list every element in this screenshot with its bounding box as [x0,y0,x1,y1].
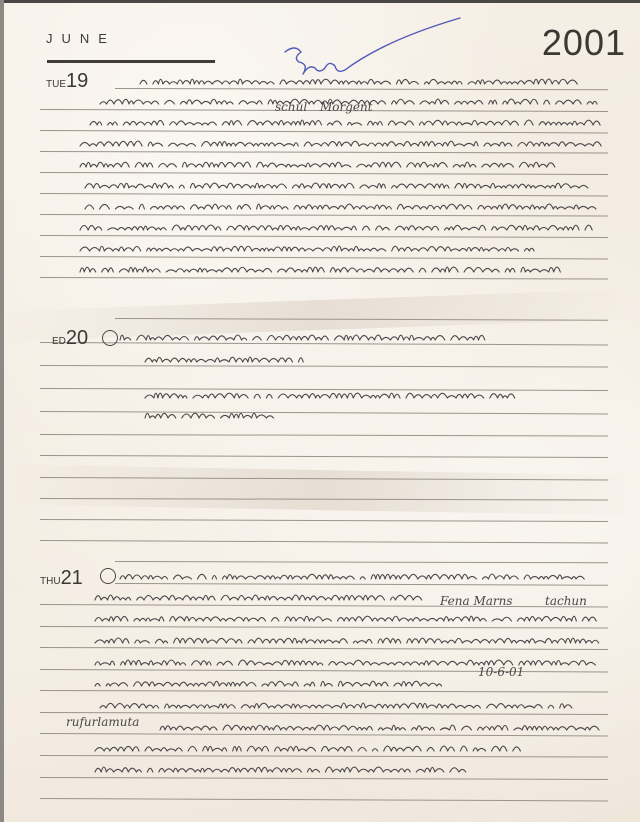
handwritten-line [80,225,598,230]
handwritten-line [80,267,560,272]
handwritten-line [95,595,422,600]
signature-icon [285,18,460,74]
handwritten-line [145,413,273,418]
handwritten-line [160,725,599,730]
handwritten-line [120,335,485,340]
handwritten-line [95,638,599,643]
handwritten-line [140,79,577,84]
handwritten-line [95,660,595,665]
handwritten-line [100,703,578,708]
handwritten-line [95,681,442,686]
handwritten-line [95,746,520,751]
handwriting-layer [0,0,640,822]
handwritten-line [85,183,594,188]
handwritten-line [100,99,597,104]
handwritten-line [90,120,600,125]
handwritten-line [85,204,596,209]
handwritten-line [80,246,534,251]
handwritten-line [80,162,561,167]
handwritten-line [80,141,601,146]
handwritten-line [145,393,515,398]
handwritten-line [120,574,584,579]
handwritten-line [95,767,466,772]
handwritten-line [145,357,303,362]
handwritten-line [95,616,596,621]
diary-page: JUNE 2001 TUE19 ED20 THU21 schul Morgent… [0,0,640,822]
